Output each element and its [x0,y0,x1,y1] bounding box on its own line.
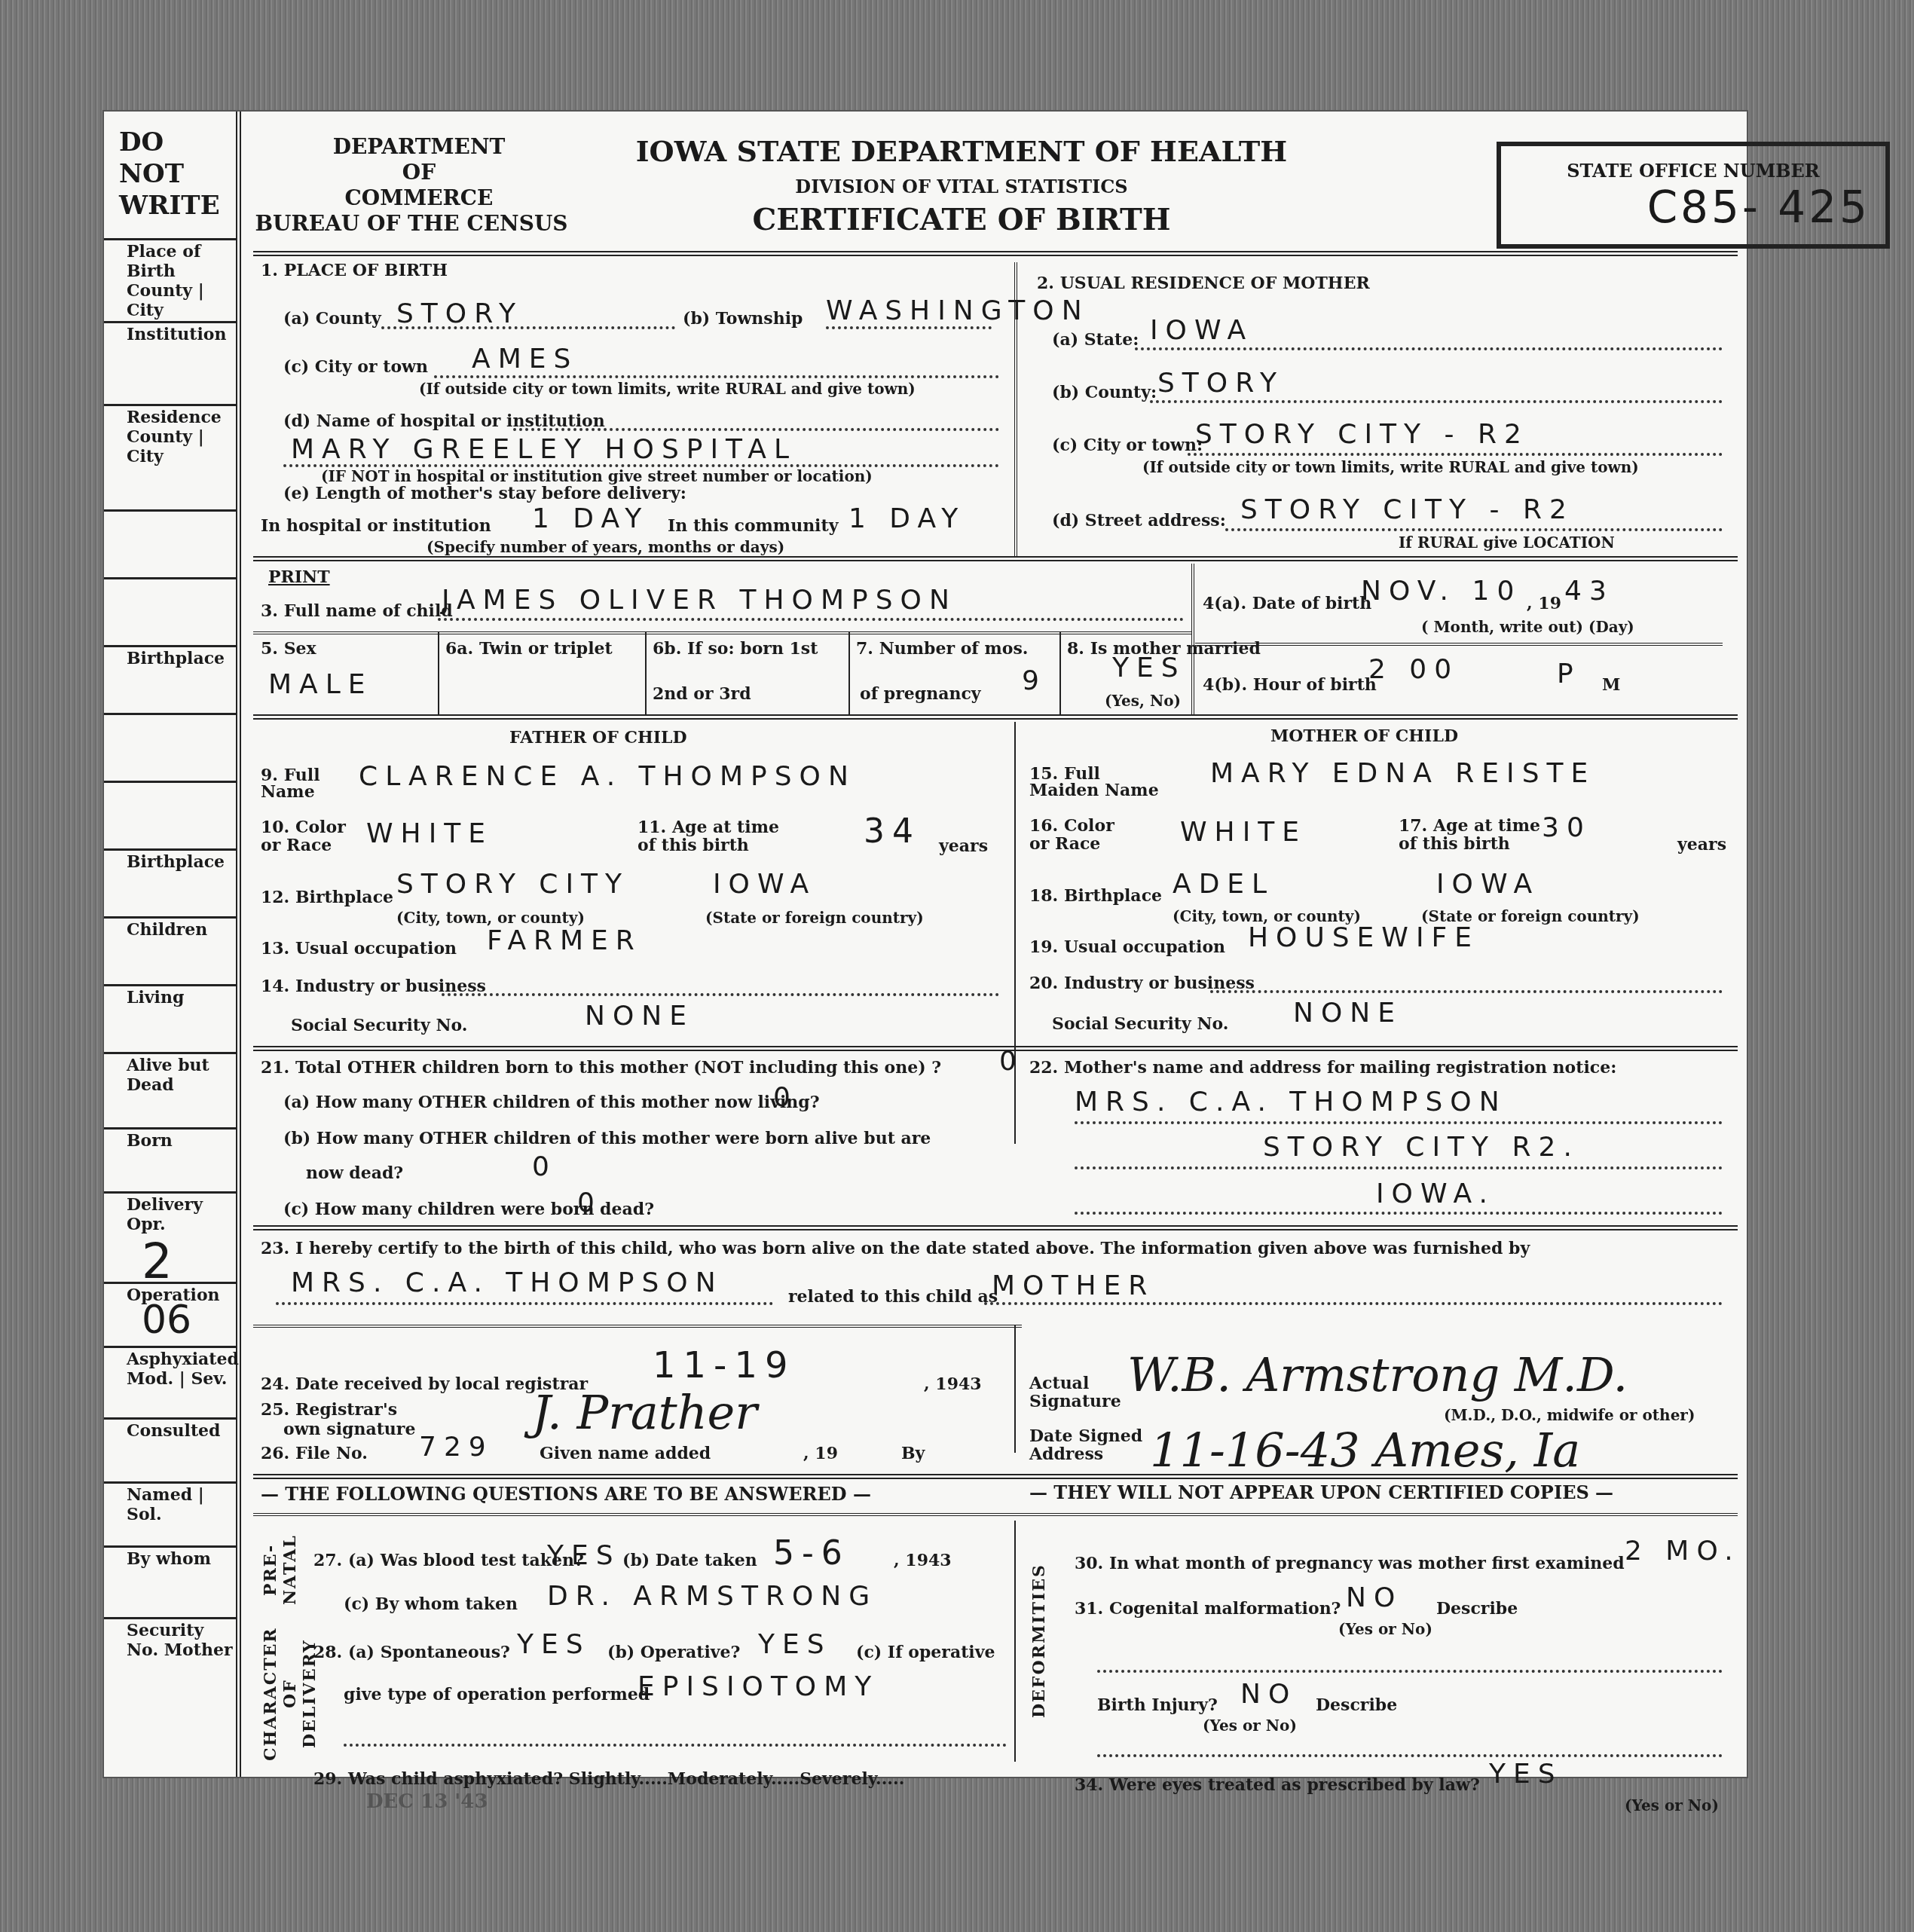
stub-row-birthplace: Birthplace [104,848,236,919]
informant-relation-value: MOTHER [992,1270,1154,1301]
mailing-label: 22. Mother's name and address for mailin… [1029,1058,1616,1078]
spontaneous-value: YES [517,1629,591,1660]
mailing-line-1: MRS. C.A. THOMPSON [1075,1087,1507,1117]
mother-maiden-name-value: MARY EDNA REISTE [1210,758,1595,789]
stub-row-alive-but-dead: Alive but Dead [104,1052,236,1130]
father-section: FATHER OF CHILD [509,728,687,747]
birth-township-value: WASHINGTON [826,295,1090,326]
date-received-value: 11-19 [653,1344,795,1386]
first-exam-month-value: 2 MO. [1625,1536,1741,1567]
certification-statement: 23. I hereby certify to the birth of thi… [261,1239,1530,1258]
community-stay-value: 1 DAY [848,503,965,534]
confidential-banner-right: — THEY WILL NOT APPEAR UPON CERTIFIED CO… [1029,1481,1613,1503]
stub-header: DO NOT WRITE [104,112,236,222]
father-birthplace-city-value: STORY CITY [396,869,629,900]
received-date-stamp: DEC 13 '43 [366,1790,488,1813]
place-of-birth-section: 1. PLACE OF BIRTH [261,261,448,280]
residence-city-value: STORY CITY - R2 [1195,419,1529,450]
father-race-value: WHITE [366,818,493,849]
residence-section: 2. USUAL RESIDENCE OF MOTHER [1037,274,1370,293]
stub-row-security: Security No. Mother [104,1617,236,1710]
mother-birthplace-city-value: ADEL [1173,869,1274,900]
date-signed-address-value: 11-16-43 Ames, Ia [1150,1423,1580,1478]
father-birthplace-state-value: IOWA [713,869,816,900]
stub-row-living: Living [104,984,236,1054]
stub-row-children: Children [104,916,236,986]
residence-state-value: IOWA [1150,315,1253,346]
state-office-number-box: STATE OFFICE NUMBER C85- 425 [1497,142,1890,249]
mother-ssn-value: NONE [1293,998,1402,1029]
divider [253,1046,1738,1051]
hospital-stay-value: 1 DAY [532,503,649,534]
am-pm-value: P [1557,659,1581,689]
stub-row-named: Named | Sol. [104,1481,236,1548]
delivery-tag: CHARACTER OF DELIVERY [261,1626,320,1762]
other-children-total-value: 0 [999,1046,1024,1077]
division-title: DIVISION OF VITAL STATISTICS [600,176,1323,197]
mother-section: MOTHER OF CHILD [1270,726,1458,746]
pregnancy-months-value: 9 [1022,665,1047,696]
other-children-dead-value: 0 [532,1151,557,1182]
prenatal-tag: PRE-NATAL [261,1521,300,1619]
state-office-number: C85- 425 [1501,182,1870,233]
father-age-value: 34 [864,812,921,851]
certificate-title: CERTIFICATE OF BIRTH [600,202,1323,237]
birth-county-value: STORY [396,298,523,329]
federal-header: DEPARTMENT OF COMMERCE BUREAU OF THE CEN… [261,134,577,237]
stub-row-residence: Residence County | City [104,404,236,512]
stub-row-blank [104,781,236,851]
do-not-write-stub: DO NOT WRITE Place of Birth County | Cit… [104,112,241,1777]
operation-type-value: EPISIOTOMY [637,1671,879,1702]
other-children-living-value: 0 [773,1082,798,1113]
mother-race-value: WHITE [1180,817,1307,848]
mother-birthplace-state-value: IOWA [1436,869,1539,900]
state-department-title: IOWA STATE DEPARTMENT OF HEALTH [600,134,1323,168]
mailing-line-3: IOWA. [1376,1178,1495,1209]
informant-value: MRS. C.A. THOMPSON [291,1267,723,1298]
confidential-banner-left: — THE FOLLOWING QUESTIONS ARE TO BE ANSW… [261,1483,871,1505]
father-occupation-value: FARMER [487,925,642,956]
stub-row-operation: Operation06 [104,1282,236,1348]
sex-value: MALE [268,669,373,700]
deformities-tag: DEFORMITIES [1029,1558,1049,1724]
operative-value: YES [758,1629,832,1660]
divider [253,1474,1738,1479]
mailing-line-2: STORY CITY R2. [1263,1132,1579,1163]
blood-test-by-value: DR. ARMSTRONG [547,1581,877,1612]
mother-occupation-value: HOUSEWIFE [1248,922,1479,953]
stillborn-value: 0 [577,1188,602,1218]
stub-row-consulted: Consulted [104,1417,236,1484]
attendant-signature: W.B. Armstrong M.D. [1127,1347,1628,1402]
father-ssn-value: NONE [585,1001,694,1032]
divider [253,714,1738,720]
certificate-body: DEPARTMENT OF COMMERCE BUREAU OF THE CEN… [246,112,1738,1777]
residence-street-value: STORY CITY - R2 [1240,494,1574,525]
file-number-value: 729 [419,1432,494,1463]
residence-county-value: STORY [1157,368,1284,399]
divider [253,1225,1738,1230]
stub-row-delivery: Delivery Opr.2 [104,1191,236,1284]
child-name-value: JAMES OLIVER THOMPSON [442,585,957,616]
divider [253,556,1738,561]
birth-year-value: 43 [1564,576,1614,607]
blood-test-date-value: 5-6 [773,1534,850,1573]
father-name-value: CLARENCE A. THOMPSON [359,761,856,792]
stub-row-born: Born [104,1127,236,1194]
blood-test-value: YES [547,1540,621,1571]
hospital-name-value: MARY GREELEY HOSPITAL [291,434,796,465]
birth-city-value: AMES [472,344,578,374]
divider [1014,262,1017,556]
stub-row-by-whom: By whom [104,1545,236,1619]
hour-of-birth-value: 2 00 [1368,654,1459,685]
malformation-value: NO [1346,1582,1402,1613]
stub-row-blank [104,577,236,647]
stub-row-place: Place of Birth County | City [104,238,236,323]
stub-row-blank [104,509,236,579]
divider [253,251,1738,256]
stub-row-blank [104,713,236,783]
stub-row-birthplace: Birthplace [104,645,236,715]
eyes-treated-value: YES [1489,1759,1563,1790]
state-header: IOWA STATE DEPARTMENT OF HEALTH DIVISION… [600,134,1323,237]
birth-injury-value: NO [1240,1679,1297,1710]
stub-row-asphyxiated: Asphyxiated Mod. | Sev. [104,1346,236,1420]
birth-certificate: DO NOT WRITE Place of Birth County | Cit… [104,112,1747,1777]
date-of-birth-value: NOV. 10 [1361,576,1521,607]
stub-row-institution: Institution [104,321,236,406]
mother-age-value: 30 [1542,812,1591,843]
registrar-signature: J. Prather [532,1385,757,1440]
mother-married-value: YES [1112,653,1186,683]
